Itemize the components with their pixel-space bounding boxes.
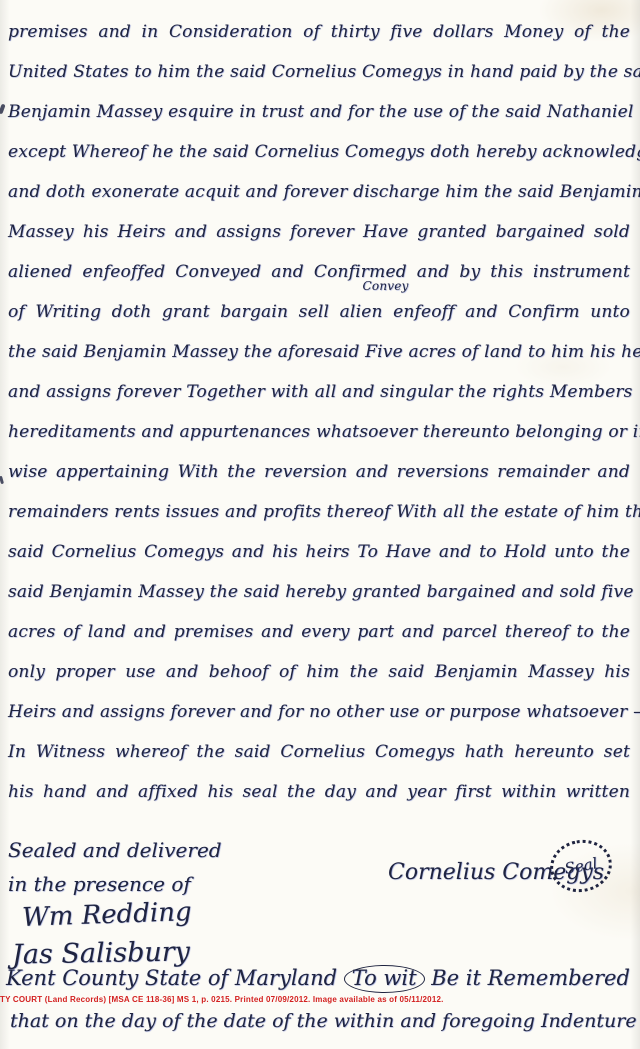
scanned-deed-page: premises and in Consideration of thirty …	[0, 0, 640, 1049]
attestation-line: Sealed and delivered	[8, 838, 222, 862]
deed-line: the said Benjamin Massey the aforesaid F…	[8, 332, 630, 372]
deed-line: and assigns forever Together with all an…	[8, 372, 630, 412]
seal-label: Seal	[563, 854, 599, 877]
deed-line: only proper use and behoof of him the sa…	[8, 652, 630, 692]
deed-line: acres of land and premises and every par…	[8, 612, 630, 652]
ink-smudge	[0, 104, 6, 115]
deed-line: Massey his Heirs and assigns forever Hav…	[8, 212, 630, 252]
deed-line: Benjamin Massey esquire in trust and for…	[8, 92, 630, 132]
jurisdiction-suffix: Be it Remembered	[431, 966, 630, 990]
jurisdiction-prefix: Kent County State of Maryland	[6, 966, 337, 990]
deed-body-text: premises and in Consideration of thirty …	[8, 12, 630, 812]
jurisdiction-line: Kent County State of Maryland To wit Be …	[6, 966, 626, 990]
interlinear-insertion: Convey	[363, 280, 409, 292]
deed-line: his hand and affixed his seal the day an…	[8, 772, 630, 812]
ink-smudge	[0, 476, 4, 485]
deed-line: except Whereof he the said Cornelius Com…	[8, 132, 630, 172]
to-wit-circled: To wit	[344, 965, 425, 993]
deed-line: remainders rents issues and profits ther…	[8, 492, 630, 532]
deed-line-text: of Writing doth grant bargain sell alien…	[8, 302, 630, 322]
attestation-line: in the presence of	[8, 872, 191, 896]
deed-line: Heirs and assigns forever and for no oth…	[8, 692, 630, 732]
deed-line: and doth exonerate acquit and forever di…	[8, 172, 630, 212]
deed-line: United States to him the said Cornelius …	[8, 52, 630, 92]
deed-line: of Writing doth grant bargain sell alien…	[8, 292, 630, 332]
wax-seal: Seal	[546, 835, 616, 897]
deed-line: wise appertaining With the reversion and…	[8, 452, 630, 492]
deed-line: said Cornelius Comegys and his heirs To …	[8, 532, 630, 572]
archive-stamp: TY COURT (Land Records) [MSA CE 118-36] …	[0, 995, 444, 1004]
witness-signature: Wm Redding	[22, 897, 193, 933]
deed-line: aliened enfeoffed Conveyed and Confirmed…	[8, 252, 630, 292]
deed-line: In Witness whereof the said Cornelius Co…	[8, 732, 630, 772]
deed-final-line: that on the day of the date of the withi…	[10, 1010, 628, 1032]
deed-line: hereditaments and appurtenances whatsoev…	[8, 412, 630, 452]
deed-line: said Benjamin Massey the said hereby gra…	[8, 572, 630, 612]
deed-line: premises and in Consideration of thirty …	[8, 12, 630, 52]
